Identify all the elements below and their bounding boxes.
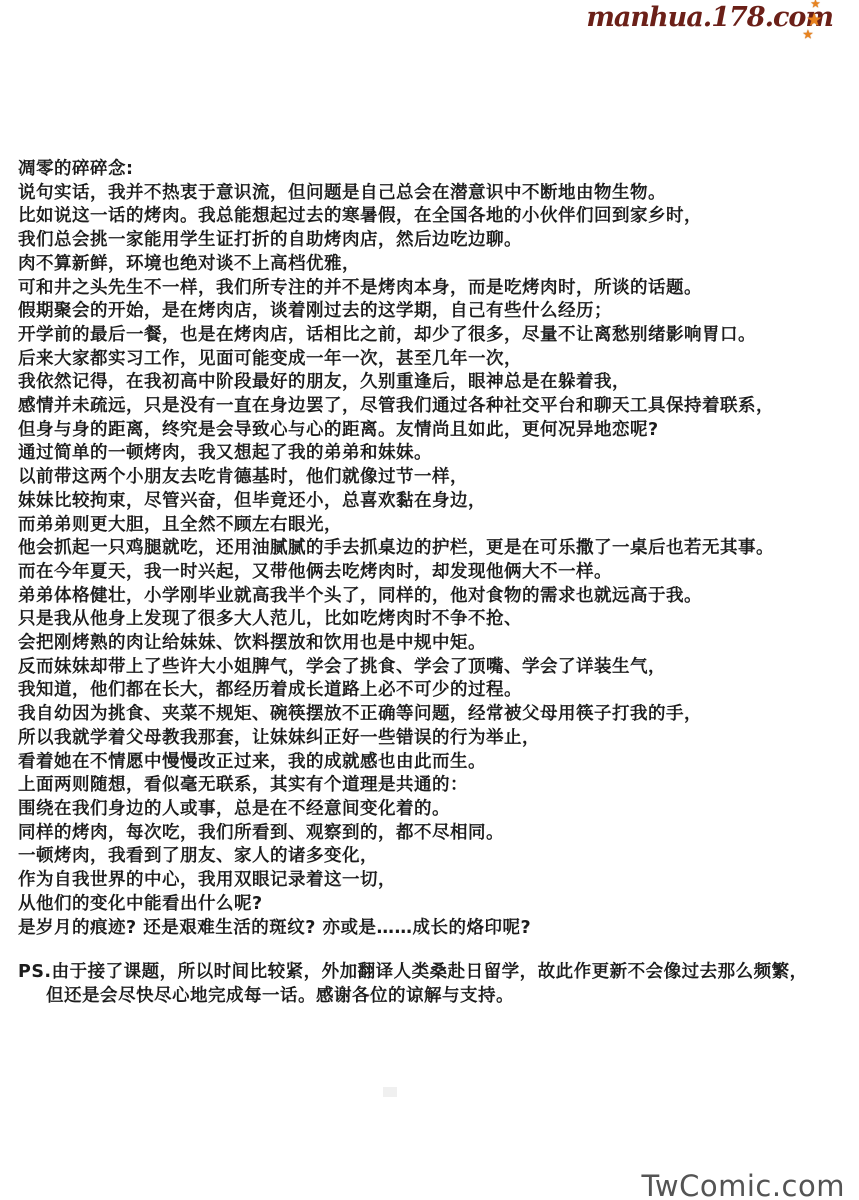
- logo-stars-icon: ★ ★ ★: [801, 2, 825, 46]
- translator-note: 凋零的碎碎念: 说句实话，我并不热衷于意识流，但问题是自己总会在潜意识中不断地由…: [18, 158, 844, 940]
- text-line: 我自幼因为挑食、夹菜不规矩、碗筷摆放不正确等问题，经常被父母用筷子打我的手，: [18, 703, 844, 727]
- text-line: 弟弟体格健壮，小学刚毕业就高我半个头了，同样的，他对食物的需求也就远高于我。: [18, 585, 844, 609]
- text-line: 后来大家都实习工作，见面可能变成一年一次，甚至几年一次，: [18, 348, 844, 372]
- text-line: 而弟弟则更大胆，且全然不顾左右眼光，: [18, 514, 844, 538]
- ps-line: 但还是会尽快尽心地完成每一话。感谢各位的谅解与支持。: [18, 985, 844, 1009]
- text-line: 但身与身的距离，终究是会导致心与心的距离。友情尚且如此，更何况异地恋呢?: [18, 419, 844, 443]
- text-line: 他会抓起一只鸡腿就吃，还用油腻腻的手去抓桌边的护栏，更是在可乐撒了一桌后也若无其…: [18, 537, 844, 561]
- text-line: 说句实话，我并不热衷于意识流，但问题是自己总会在潜意识中不断地由物生物。: [18, 182, 844, 206]
- text-line: 比如说这一话的烤肉。我总能想起过去的寒暑假，在全国各地的小伙伴们回到家乡时，: [18, 205, 844, 229]
- text-line: 看着她在不情愿中慢慢改正过来，我的成就感也由此而生。: [18, 751, 844, 775]
- text-line: 会把刚烤熟的肉让给妹妹、饮料摆放和饮用也是中规中矩。: [18, 632, 844, 656]
- text-line: 同样的烤肉，每次吃，我们所看到、观察到的，都不尽相同。: [18, 822, 844, 846]
- text-line: 只是我从他身上发现了很多大人范儿，比如吃烤肉时不争不抢、: [18, 608, 844, 632]
- note-lines: 说句实话，我并不热衷于意识流，但问题是自己总会在潜意识中不断地由物生物。比如说这…: [18, 182, 844, 941]
- text-line: 以前带这两个小朋友去吃肯德基时，他们就像过节一样，: [18, 466, 844, 490]
- text-line: 我依然记得，在我初高中阶段最好的朋友，久别重逢后，眼神总是在躲着我，: [18, 371, 844, 395]
- ps-note: PS.由于接了课题，所以时间比较紧，外加翻译人类桑赴日留学，故此作更新不会像过去…: [18, 961, 844, 1008]
- text-line: 而在今年夏天，我一时兴起，又带他俩去吃烤肉时，却发现他俩大不一样。: [18, 561, 844, 585]
- text-line: 所以我就学着父母教我那套，让妹妹纠正好一些错误的行为举止，: [18, 727, 844, 751]
- comic-notes-page: manhua.178.com ★ ★ ★ 凋零的碎碎念: 说句实话，我并不热衷于…: [0, 0, 859, 1200]
- scan-artifact: [383, 1087, 397, 1097]
- text-line: 是岁月的痕迹? 还是艰难生活的斑纹? 亦或是……成长的烙印呢?: [18, 917, 844, 941]
- text-line: 感情并未疏远，只是没有一直在身边罢了，尽管我们通过各种社交平台和聊天工具保持着联…: [18, 395, 844, 419]
- text-line: 肉不算新鲜，环境也绝对谈不上高档优雅，: [18, 253, 844, 277]
- ps-line: PS.由于接了课题，所以时间比较紧，外加翻译人类桑赴日留学，故此作更新不会像过去…: [18, 961, 844, 985]
- text-line: 反而妹妹却带上了些许大小姐脾气，学会了挑食、学会了顶嘴、学会了详装生气，: [18, 656, 844, 680]
- text-line: 通过简单的一顿烤肉，我又想起了我的弟弟和妹妹。: [18, 442, 844, 466]
- text-line: 我们总会挑一家能用学生证打折的自助烤肉店，然后边吃边聊。: [18, 229, 844, 253]
- text-line: 从他们的变化中能看出什么呢?: [18, 893, 844, 917]
- note-title: 凋零的碎碎念:: [18, 158, 844, 182]
- text-line: 我知道，他们都在长大，都经历着成长道路上必不可少的过程。: [18, 679, 844, 703]
- text-line: 作为自我世界的中心，我用双眼记录着这一切，: [18, 869, 844, 893]
- watermark-text: TwComic.com: [641, 1169, 845, 1200]
- text-line: 假期聚会的开始，是在烤肉店，谈着刚过去的这学期，自己有些什么经历；: [18, 300, 844, 324]
- site-logo-text: manhua.178.com: [586, 2, 833, 33]
- text-line: 可和井之头先生不一样，我们所专注的并不是烤肉本身，而是吃烤肉时，所谈的话题。: [18, 277, 844, 301]
- star-icon: ★: [807, 12, 820, 28]
- star-icon: ★: [811, 0, 819, 10]
- site-logo: manhua.178.com ★ ★ ★: [586, 2, 833, 33]
- text-line: 围绕在我们身边的人或事，总是在不经意间变化着的。: [18, 798, 844, 822]
- text-line: 一顿烤肉，我看到了朋友、家人的诸多变化，: [18, 845, 844, 869]
- star-icon: ★: [803, 29, 812, 40]
- text-line: 妹妹比较拘束，尽管兴奋，但毕竟还小，总喜欢黏在身边，: [18, 490, 844, 514]
- text-line: 上面两则随想，看似毫无联系，其实有个道理是共通的：: [18, 774, 844, 798]
- text-line: 开学前的最后一餐，也是在烤肉店，话相比之前，却少了很多，尽量不让离愁别绪影响胃口…: [18, 324, 844, 348]
